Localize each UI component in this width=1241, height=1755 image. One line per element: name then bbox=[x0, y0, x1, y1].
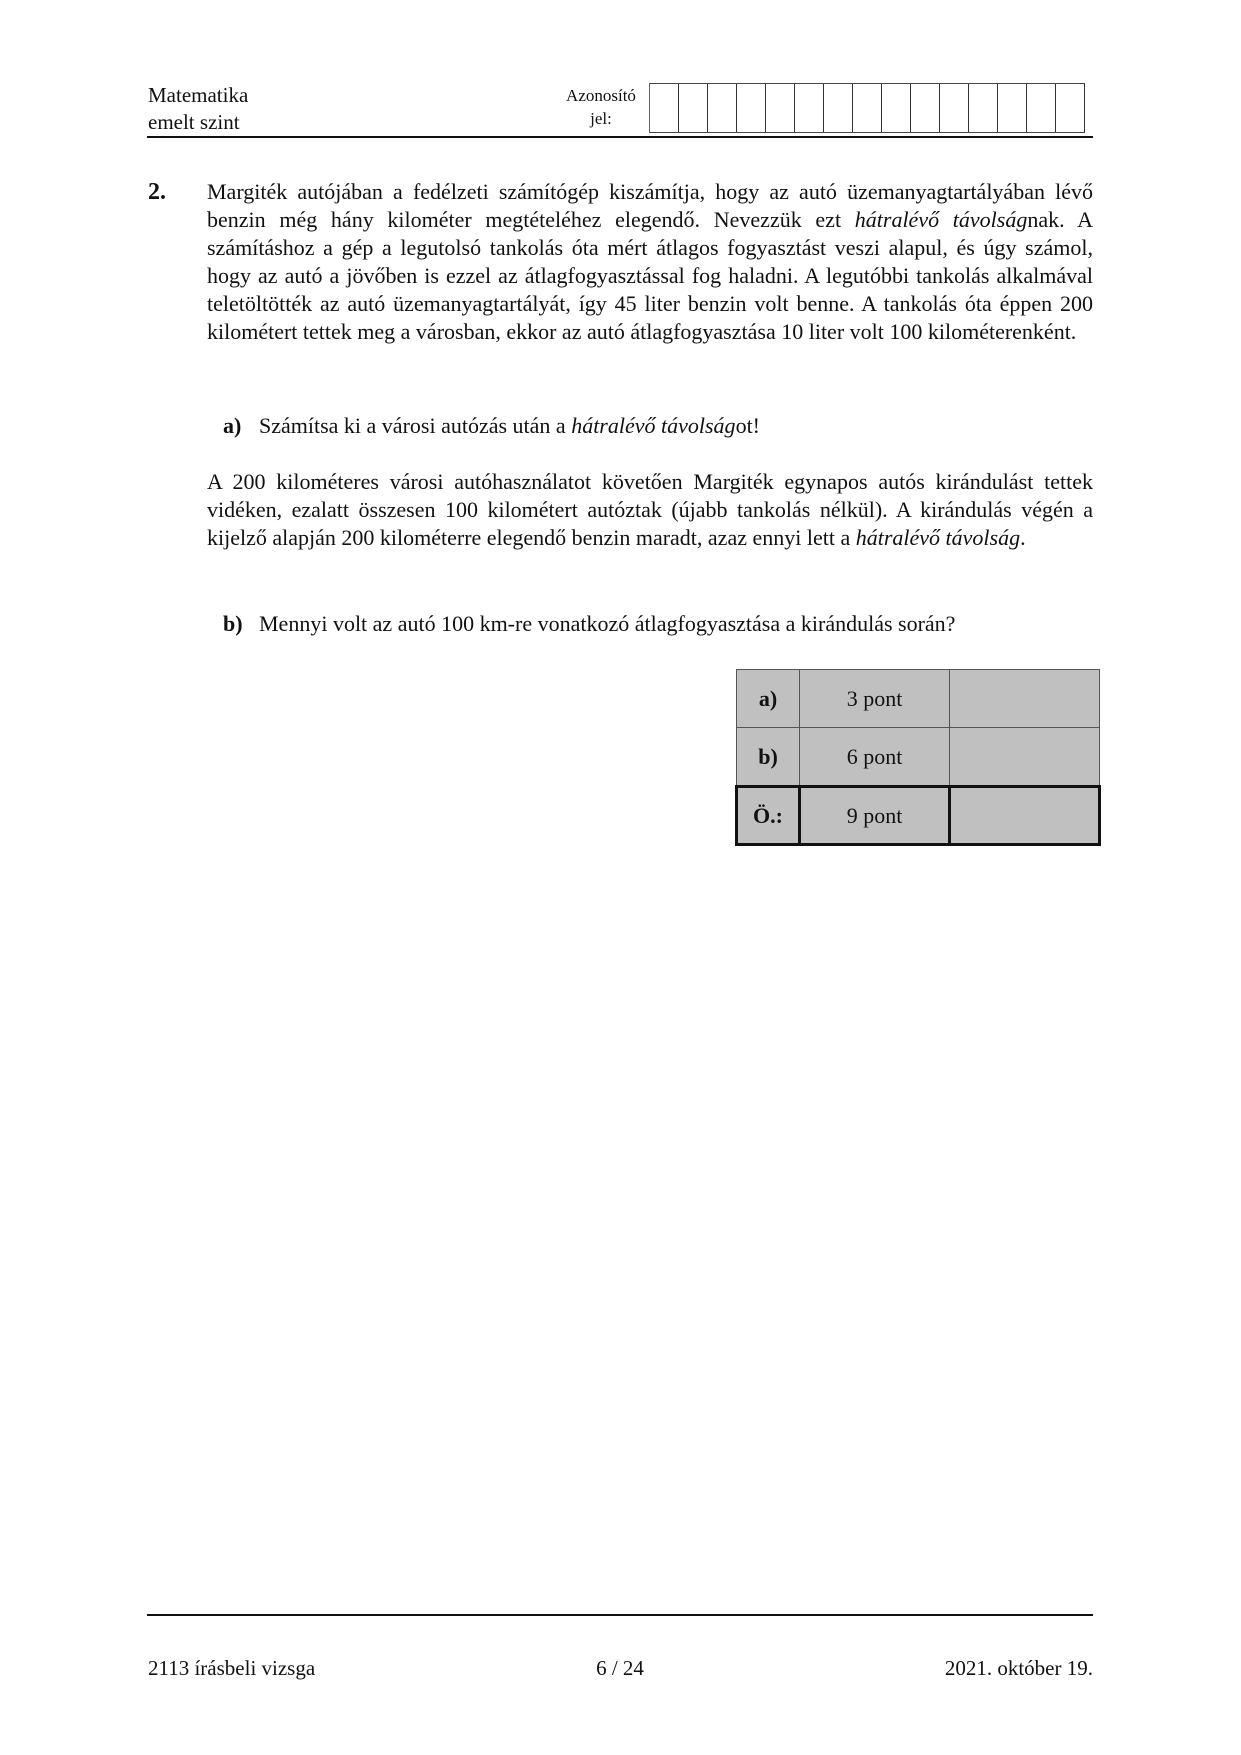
id-box[interactable] bbox=[650, 84, 679, 132]
score-max-points: 9 pont bbox=[800, 787, 950, 845]
id-box[interactable] bbox=[1056, 84, 1085, 132]
id-label-line2: jel: bbox=[556, 107, 646, 130]
score-table: a)3 pontb)6 pontÖ.:9 pont bbox=[735, 669, 1101, 846]
id-box[interactable] bbox=[882, 84, 911, 132]
id-box[interactable] bbox=[1027, 84, 1056, 132]
id-box[interactable] bbox=[795, 84, 824, 132]
footer-divider bbox=[147, 1614, 1093, 1616]
id-box[interactable] bbox=[940, 84, 969, 132]
score-row: a)3 pont bbox=[737, 670, 1100, 728]
score-row: b)6 pont bbox=[737, 728, 1100, 787]
score-achieved-field[interactable] bbox=[950, 787, 1100, 845]
id-input-boxes[interactable] bbox=[649, 83, 1085, 133]
subject-header: Matematika emelt szint bbox=[148, 82, 248, 136]
question-number: 2. bbox=[148, 178, 166, 206]
id-box[interactable] bbox=[679, 84, 708, 132]
score-achieved-field[interactable] bbox=[950, 728, 1100, 787]
score-row: Ö.:9 pont bbox=[737, 787, 1100, 845]
id-label-line1: Azonosító bbox=[556, 84, 646, 107]
id-box[interactable] bbox=[708, 84, 737, 132]
part-b: b) Mennyi volt az autó 100 km-re vonatko… bbox=[0, 610, 1241, 640]
id-box[interactable] bbox=[737, 84, 766, 132]
score-part-label: b) bbox=[737, 728, 800, 787]
question-paragraph-2: A 200 kilométeres városi autóhasználatot… bbox=[207, 468, 1093, 552]
id-box[interactable] bbox=[969, 84, 998, 132]
id-label: Azonosító jel: bbox=[556, 84, 646, 130]
id-box[interactable] bbox=[853, 84, 882, 132]
id-box[interactable] bbox=[766, 84, 795, 132]
part-b-text: Mennyi volt az autó 100 km-re vonatkozó … bbox=[259, 610, 955, 638]
score-part-label: Ö.: bbox=[737, 787, 800, 845]
part-a: a) Számítsa ki a városi autózás után a h… bbox=[0, 412, 1241, 442]
question-intro: Margiték autójában a fedélzeti számítógé… bbox=[207, 178, 1093, 346]
score-achieved-field[interactable] bbox=[950, 670, 1100, 728]
id-box[interactable] bbox=[911, 84, 940, 132]
exam-date: 2021. október 19. bbox=[945, 1656, 1093, 1681]
exam-code: 2113 írásbeli vizsga bbox=[148, 1656, 315, 1681]
page-number: 6 / 24 bbox=[570, 1656, 670, 1681]
subject-level: emelt szint bbox=[148, 109, 248, 136]
question-intro-text: Margiték autójában a fedélzeti számítógé… bbox=[207, 178, 1093, 346]
subject-name: Matematika bbox=[148, 82, 248, 109]
part-b-label: b) bbox=[223, 610, 243, 638]
score-part-label: a) bbox=[737, 670, 800, 728]
id-box[interactable] bbox=[824, 84, 853, 132]
header-divider bbox=[147, 136, 1093, 138]
part-a-text: Számítsa ki a városi autózás után a hátr… bbox=[259, 412, 760, 440]
score-max-points: 6 pont bbox=[800, 728, 950, 787]
score-max-points: 3 pont bbox=[800, 670, 950, 728]
part-a-label: a) bbox=[223, 412, 241, 440]
id-box[interactable] bbox=[998, 84, 1027, 132]
